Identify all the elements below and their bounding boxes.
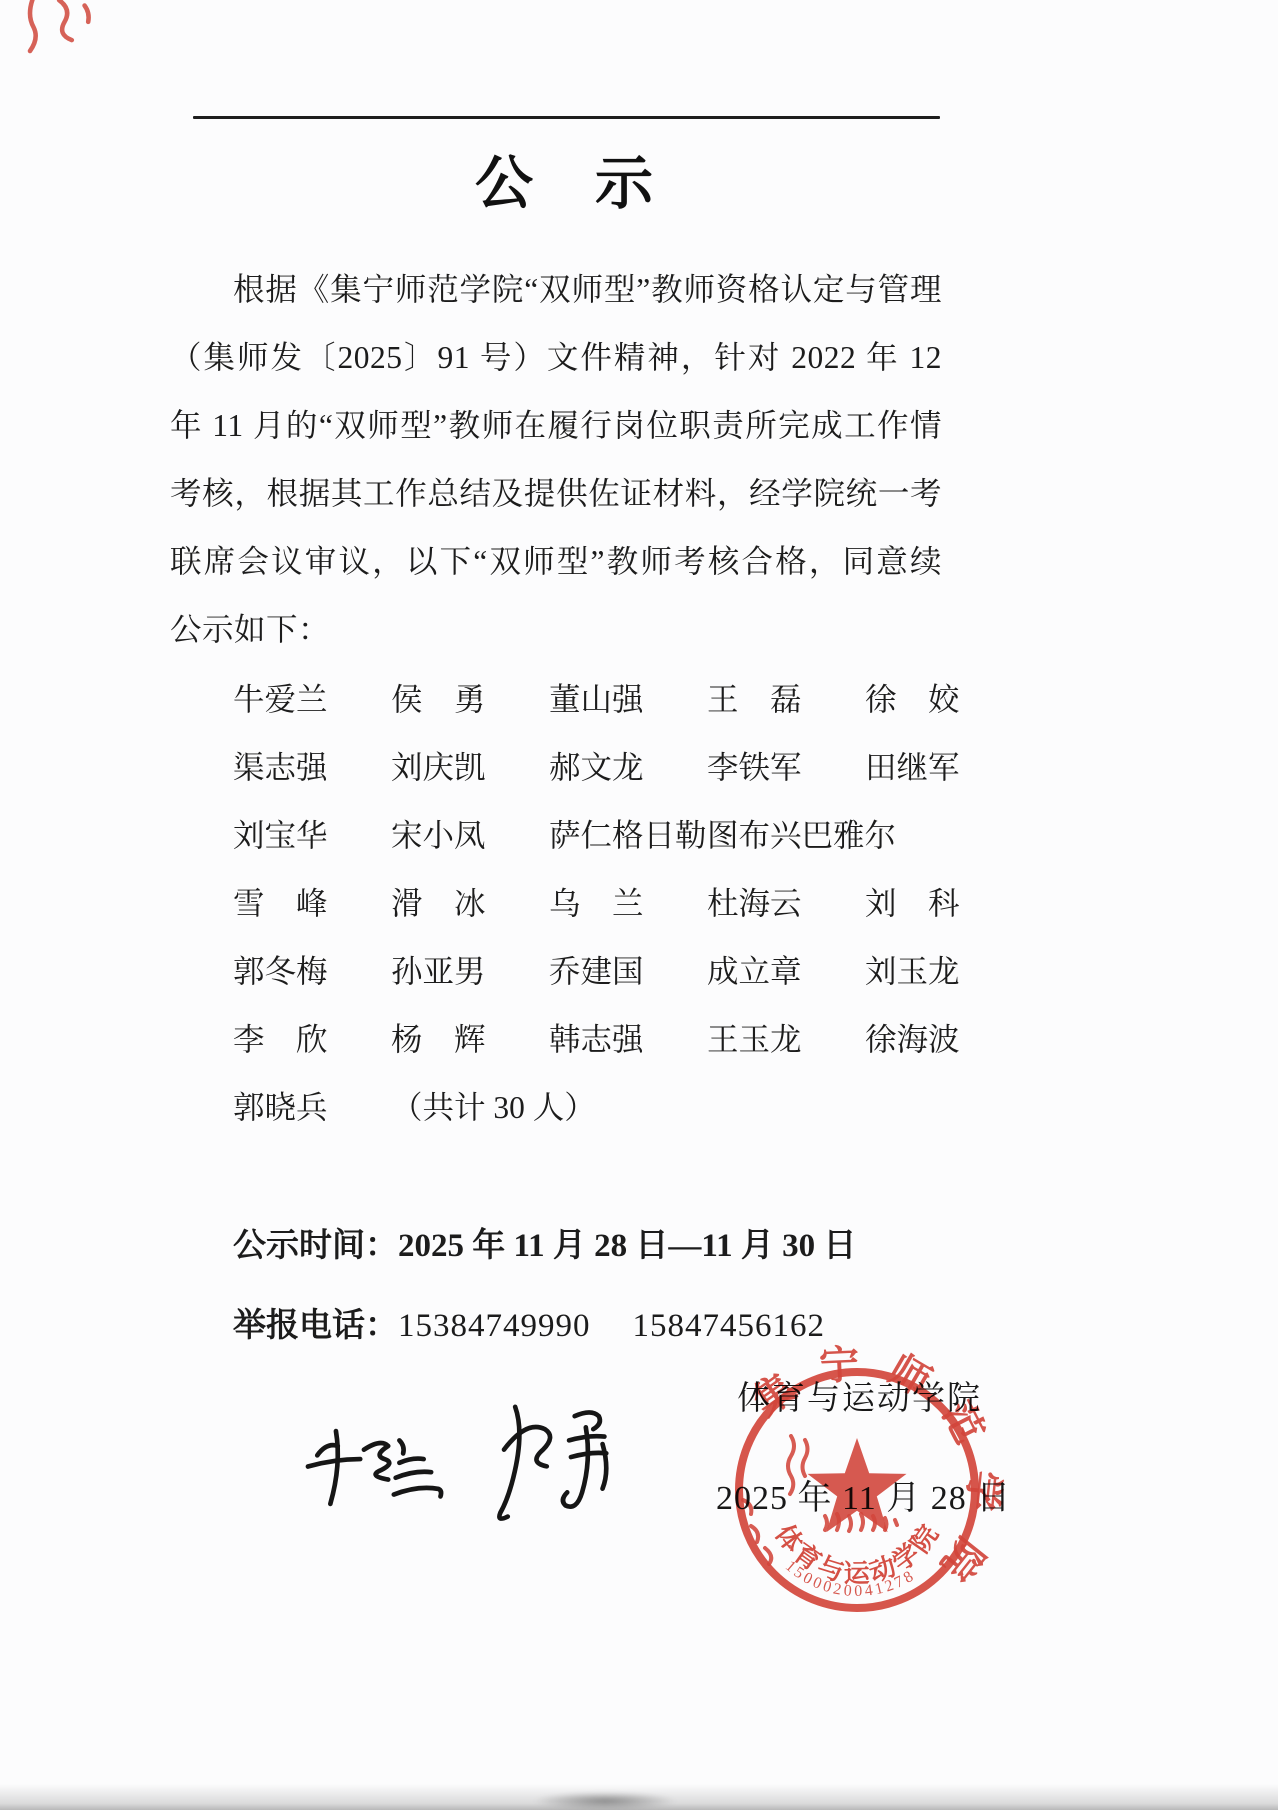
teacher-name: 徐海波 xyxy=(865,1006,1023,1074)
teacher-name: 徐 姣 xyxy=(865,666,1023,734)
announcement-page: 公 示 根据《集宁师范学院“双师型”教师资格认定与管理办法》（集师发〔2025〕… xyxy=(0,0,1278,1810)
hotline-number: 15384749990 xyxy=(398,1308,591,1344)
teacher-name: 李铁军 xyxy=(707,734,865,802)
teacher-name: 萨仁格日勒 xyxy=(549,802,707,870)
teacher-name: 郭冬梅 xyxy=(233,938,391,1006)
body-line: 联席会议审议，以下“双师型”教师考核合格，同意续聘，名单 xyxy=(170,528,942,596)
official-seal: 集宁师范学院 体育与运动学院 1500020041278 xyxy=(707,1340,1007,1640)
page-title: 公 示 xyxy=(170,136,960,220)
bottom-scan-smudge xyxy=(535,1792,675,1810)
publicity-time-value: 2025 年 11 月 28 日—11 月 30 日 xyxy=(398,1228,856,1264)
publicity-time-line: 公示时间：2025 年 11 月 28 日—11 月 30 日 xyxy=(233,1222,856,1268)
names-row: 渠志强刘庆凯郝文龙李铁军田继军 xyxy=(233,734,1023,802)
names-row: 刘宝华宋小凤萨仁格日勒图布兴巴雅尔 xyxy=(233,802,1023,870)
signature-hou-ink xyxy=(478,1392,636,1550)
body-line: 公示如下： xyxy=(170,596,942,664)
hotline-label: 举报电话： xyxy=(233,1306,398,1343)
body-line: 年 11 月的“双师型”教师在履行岗位职责所完成工作情况进行 xyxy=(170,392,942,460)
teacher-name: 杜海云 xyxy=(707,870,865,938)
teacher-name: 孙亚男 xyxy=(391,938,549,1006)
teacher-name: 杨 辉 xyxy=(391,1006,549,1074)
names-row: 牛爱兰侯 勇董山强王 磊徐 姣 xyxy=(233,666,1023,734)
publicity-time-label: 公示时间： xyxy=(233,1226,398,1263)
names-row: 郭晓兵（共计 30 人） xyxy=(233,1074,1023,1142)
teacher-name: 田继军 xyxy=(865,734,1023,802)
teacher-name: 王 磊 xyxy=(707,666,865,734)
teacher-name: 侯 勇 xyxy=(391,666,549,734)
header-rule xyxy=(193,116,940,119)
teacher-name: 王玉龙 xyxy=(707,1006,865,1074)
teacher-name: 刘宝华 xyxy=(233,802,391,870)
teacher-name: 宋小凤 xyxy=(391,802,549,870)
hotline-number: 15847456162 xyxy=(633,1308,826,1344)
body-line: （集师发〔2025〕91 号）文件精神，针对 2022 年 12 月—2025 xyxy=(170,324,942,392)
teacher-name: 滑 冰 xyxy=(391,870,549,938)
teacher-name: 乌 兰 xyxy=(549,870,707,938)
teacher-name: 李 欣 xyxy=(233,1006,391,1074)
names-row: 雪 峰滑 冰乌 兰杜海云刘 科 xyxy=(233,870,1023,938)
body-line: 根据《集宁师范学院“双师型”教师资格认定与管理办法》 xyxy=(170,256,942,324)
seal-star-icon xyxy=(808,1438,907,1532)
teacher-name: 郝文龙 xyxy=(549,734,707,802)
names-total-note: （共计 30 人） xyxy=(391,1074,865,1142)
names-row: 李 欣杨 辉韩志强王玉龙徐海波 xyxy=(233,1006,1023,1074)
teacher-name: 雪 峰 xyxy=(233,870,391,938)
teacher-name: 乔建国 xyxy=(549,938,707,1006)
teacher-name: 韩志强 xyxy=(549,1006,707,1074)
names-grid: 牛爱兰侯 勇董山强王 磊徐 姣渠志强刘庆凯郝文龙李铁军田继军刘宝华宋小凤萨仁格日… xyxy=(233,666,1023,1142)
teacher-name: 成立章 xyxy=(707,938,865,1006)
teacher-name: 牛爱兰 xyxy=(233,666,391,734)
teacher-name: 图布兴巴雅尔 xyxy=(707,802,865,870)
teacher-name: 渠志强 xyxy=(233,734,391,802)
teacher-name: 刘玉龙 xyxy=(865,938,1023,1006)
teacher-name: 刘 科 xyxy=(865,870,1023,938)
teacher-name: 郭晓兵 xyxy=(233,1074,391,1142)
teacher-name: 董山强 xyxy=(549,666,707,734)
body-paragraph: 根据《集宁师范学院“双师型”教师资格认定与管理办法》（集师发〔2025〕91 号… xyxy=(170,256,942,664)
red-pen-marks-icon xyxy=(10,0,110,82)
teacher-name: 刘庆凯 xyxy=(391,734,549,802)
signature-niu-ink xyxy=(302,1418,452,1530)
names-row: 郭冬梅孙亚男乔建国成立章刘玉龙 xyxy=(233,938,1023,1006)
body-line: 考核，根据其工作总结及提供佐证材料，经学院统一考核、党政 xyxy=(170,460,942,528)
